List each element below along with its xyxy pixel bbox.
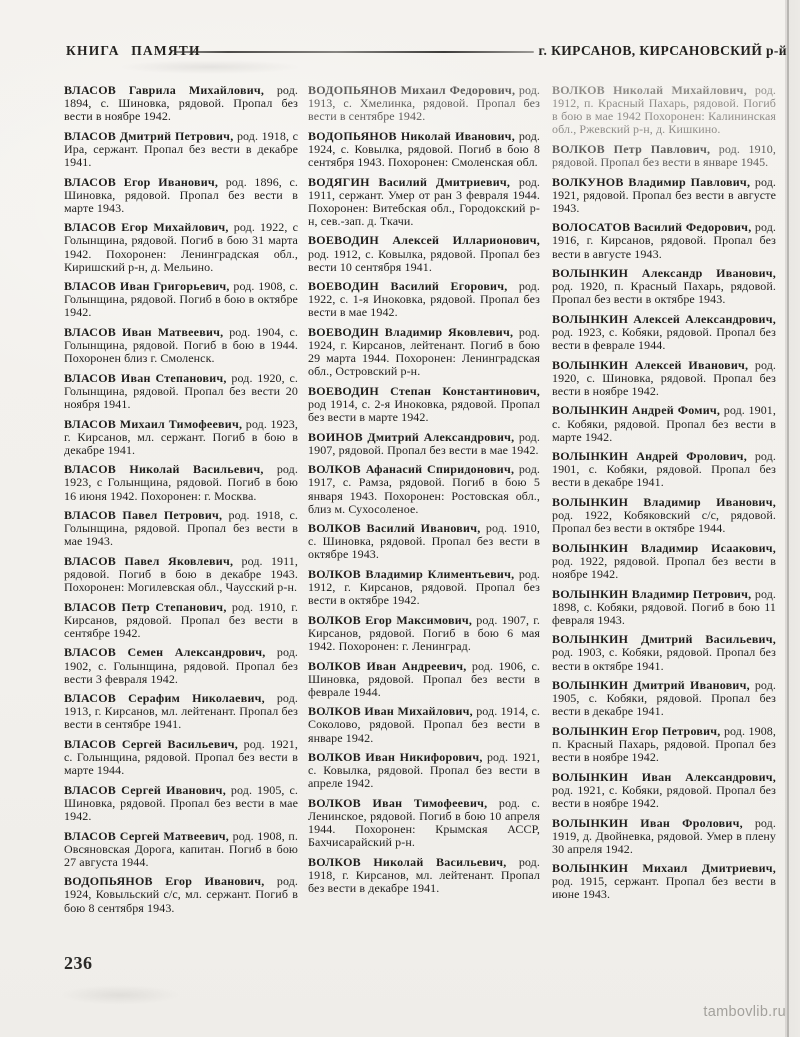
memorial-entry: ВОЛЫНКИН Александр Иванович, род. 1920, … [552, 267, 776, 306]
entry-person-name: ВОЕВОДИН Василий Егорович, [308, 279, 507, 293]
entry-person-name: ВОЛКОВ Иван Тимофеевич, [308, 796, 487, 810]
entry-person-name: ВЛАСОВ Сергей Матвеевич, [64, 829, 229, 843]
entry-person-name: ВЛАСОВ Петр Степанович, [64, 600, 227, 614]
memorial-entry: ВЛАСОВ Петр Степанович, род. 1910, г. Ки… [64, 601, 298, 640]
memorial-entry: ВЛАСОВ Павел Петрович, род. 1918, с. Гол… [64, 509, 298, 548]
memorial-entry: ВОЛКОВ Петр Павлович, род. 1910, рядовой… [552, 143, 776, 169]
memorial-entry: ВЛАСОВ Гаврила Михайлович, род. 1894, с.… [64, 84, 298, 123]
scan-smudge [60, 985, 180, 1005]
entry-person-name: ВОЛКОВ Иван Никифорович, [308, 750, 483, 764]
entry-person-name: ВОИНОВ Дмитрий Александрович, [308, 430, 514, 444]
memorial-entry: ВОДЯГИН Василий Дмитриевич, род. 1911, с… [308, 176, 540, 228]
entry-person-name: ВЛАСОВ Гаврила Михайлович, [64, 83, 264, 97]
entry-person-name: ВОЛЫНКИН Дмитрий Васильевич, [552, 632, 776, 646]
memorial-entry: ВОЛКОВ Егор Максимович, род. 1907, г. Ки… [308, 614, 540, 653]
entries-column-2: ВОДОПЬЯНОВ Михаил Федорович, род. 1913, … [308, 84, 540, 902]
entry-person-name: ВОДОПЬЯНОВ Николай Иванович, [308, 129, 515, 143]
memorial-entry: ВЛАСОВ Дмитрий Петрович, род. 1918, с Ир… [64, 130, 298, 169]
entry-person-name: ВОЛЫНКИН Алексей Александрович, [552, 312, 776, 326]
memorial-entry: ВОЛЫНКИН Алексей Иванович, род. 1920, с.… [552, 359, 776, 398]
entry-person-name: ВОЛЫНКИН Алексей Иванович, [552, 358, 748, 372]
entry-details: род. 1903, с. Кобяки, рядовой. Пропал бе… [552, 645, 776, 672]
memorial-entry: ВОЛКОВ Иван Никифорович, род. 1921, с. К… [308, 751, 540, 790]
scanned-page: КНИГА ПАМЯТИ г. КИРСАНОВ, КИРСАНОВСКИЙ р… [0, 0, 800, 1037]
entry-person-name: ВОЕВОДИН Степан Константинович, [308, 384, 540, 398]
library-watermark: tambovlib.ru [703, 1004, 786, 1020]
entry-person-name: ВОЛКОВ Николай Васильевич, [308, 855, 507, 869]
entry-person-name: ВОЛЫНКИН Михаил Дмитриевич, [552, 861, 776, 875]
entry-person-name: ВОЛКОВ Афанасий Спиридонович, [308, 462, 514, 476]
entry-details: род. 1921, с. Кобяки, рядовой. Пропал бе… [552, 783, 776, 810]
memorial-entry: ВОЛЫНКИН Иван Фролович, род. 1919, д. Дв… [552, 817, 776, 856]
entry-person-name: ВОЕВОДИН Владимир Яковлевич, [308, 325, 513, 339]
district-header: г. КИРСАНОВ, КИРСАНОВСКИЙ р-й [539, 43, 787, 59]
memorial-entry: ВОЛКОВ Иван Тимофеевич, род. с. Ленинско… [308, 797, 540, 849]
entry-person-name: ВЛАСОВ Павел Яковлевич, [64, 554, 233, 568]
memorial-entry: ВОЛЫНКИН Алексей Александрович, род. 192… [552, 313, 776, 352]
memorial-entry: ВОЛЫНКИН Владимир Петрович, род. 1898, с… [552, 588, 776, 627]
memorial-entry: ВОЛЫНКИН Иван Александрович, род. 1921, … [552, 771, 776, 810]
memorial-entry: ВОЛКОВ Николай Михайлович, род. 1912, п.… [552, 84, 776, 136]
entry-person-name: ВОЕВОДИН Алексей Илларионович, [308, 233, 540, 247]
entry-person-name: ВОЛКОВ Василий Иванович, [308, 521, 480, 535]
memorial-entry: ВОЛКУНОВ Владимир Павлович, род. 1921, р… [552, 176, 776, 215]
memorial-entry: ВЛАСОВ Иван Матвеевич, род. 1904, с. Гол… [64, 326, 298, 365]
entry-person-name: ВОЛКОВ Иван Андреевич, [308, 659, 466, 673]
memorial-entry: ВЛАСОВ Сергей Иванович, род. 1905, с. Ши… [64, 784, 298, 823]
entry-details: род. 1922, рядовой. Пропал без вести в н… [552, 554, 776, 581]
entry-person-name: ВЛАСОВ Иван Матвеевич, [64, 325, 223, 339]
entry-person-name: ВОЛЫНКИН Егор Петрович, [552, 724, 721, 738]
entry-person-name: ВЛАСОВ Иван Григорьевич, [64, 279, 230, 293]
memorial-entry: ВОДОПЬЯНОВ Николай Иванович, род. 1924, … [308, 130, 540, 169]
memorial-entry: ВЛАСОВ Михаил Тимофеевич, род. 1923, г. … [64, 418, 298, 457]
entry-person-name: ВЛАСОВ Сергей Васильевич, [64, 737, 238, 751]
memorial-entry: ВЛАСОВ Николай Васильевич, род. 1923, с … [64, 463, 298, 502]
memorial-entry: ВОЛЫНКИН Владимир Иванович, род. 1922, К… [552, 496, 776, 535]
memorial-entry: ВОЛКОВ Владимир Климентьевич, род. 1912,… [308, 568, 540, 607]
entry-person-name: ВЛАСОВ Егор Михайлович, [64, 220, 229, 234]
memorial-entry: ВОЛЫНКИН Владимир Исаакович, род. 1922, … [552, 542, 776, 581]
entry-person-name: ВЛАСОВ Сергей Иванович, [64, 783, 226, 797]
entry-details: род. 1923, с. Кобяки, рядовой. Пропал бе… [552, 325, 776, 352]
memorial-entry: ВОЛЫНКИН Андрей Фомич, род. 1901, с. Коб… [552, 404, 776, 443]
memorial-entry: ВОЛЫНКИН Андрей Фролович, род. 1901, с. … [552, 450, 776, 489]
memorial-entry: ВОЛЫНКИН Дмитрий Иванович, род. 1905, с.… [552, 679, 776, 718]
memorial-entry: ВЛАСОВ Серафим Николаевич, род. 1913, г.… [64, 692, 298, 731]
entry-person-name: ВЛАСОВ Павел Петрович, [64, 508, 222, 522]
entry-person-name: ВЛАСОВ Иван Степанович, [64, 371, 227, 385]
memorial-entry: ВОЛКОВ Иван Андреевич, род. 1906, с. Шин… [308, 660, 540, 699]
entry-person-name: ВОЛЫНКИН Александр Иванович, [552, 266, 776, 280]
entry-person-name: ВОЛЫНКИН Андрей Фролович, [552, 449, 747, 463]
entry-person-name: ВОЛКОВ Петр Павлович, [552, 142, 710, 156]
entry-person-name: ВОЛЫНКИН Владимир Исаакович, [552, 541, 776, 555]
entry-person-name: ВОЛКОВ Иван Михайлович, [308, 704, 473, 718]
memorial-entry: ВОЛКОВ Иван Михайлович, род. 1914, с. Со… [308, 705, 540, 744]
memorial-entry: ВЛАСОВ Сергей Васильевич, род. 1921, с. … [64, 738, 298, 777]
memorial-entry: ВЛАСОВ Егор Иванович, род. 1896, с. Шино… [64, 176, 298, 215]
entry-person-name: ВОЛЫНКИН Иван Александрович, [552, 770, 776, 784]
memorial-entry: ВЛАСОВ Семен Александрович, род. 1902, с… [64, 646, 298, 685]
entry-person-name: ВЛАСОВ Серафим Николаевич, [64, 691, 265, 705]
memorial-entry: ВОЛЫНКИН Егор Петрович, род. 1908, п. Кр… [552, 725, 776, 764]
entry-person-name: ВОЛЫНКИН Иван Фролович, [552, 816, 743, 830]
memorial-entry: ВОЕВОДИН Василий Егорович, род. 1922, с.… [308, 280, 540, 319]
entry-person-name: ВОЛКОВ Егор Максимович, [308, 613, 472, 627]
page-number: 236 [64, 953, 93, 974]
entry-person-name: ВОЛКОВ Николай Михайлович, [552, 83, 747, 97]
entry-person-name: ВЛАСОВ Егор Иванович, [64, 175, 218, 189]
memorial-entry: ВОЛЫНКИН Михаил Дмитриевич, род. 1915, с… [552, 862, 776, 901]
entry-person-name: ВЛАСОВ Михаил Тимофеевич, [64, 417, 242, 431]
memorial-entry: ВОЛКОВ Афанасий Спиридонович, род. 1917,… [308, 463, 540, 515]
memorial-entry: ВЛАСОВ Павел Яковлевич, род. 1911, рядов… [64, 555, 298, 594]
entry-person-name: ВОЛЫНКИН Андрей Фомич, [552, 403, 720, 417]
memorial-entry: ВЛАСОВ Сергей Матвеевич, род. 1908, п. О… [64, 830, 298, 869]
memorial-entry: ВОЕВОДИН Степан Константинович, род 1914… [308, 385, 540, 424]
page-edge-shadow [787, 0, 800, 1037]
entry-details: род 1914, с. 2-я Иноковка, рядовой. Проп… [308, 397, 540, 424]
memorial-entry: ВОДОПЬЯНОВ Егор Иванович, род. 1924, Ков… [64, 875, 298, 914]
entry-details: род. 1920, п. Красный Пахарь, рядовой. П… [552, 279, 776, 306]
entries-column-1: ВЛАСОВ Гаврила Михайлович, род. 1894, с.… [64, 84, 298, 921]
memorial-entry: ВОЕВОДИН Алексей Илларионович, род. 1912… [308, 234, 540, 273]
entry-person-name: ВОДОПЬЯНОВ Егор Иванович, [64, 874, 264, 888]
entry-person-name: ВОЛОСАТОВ Василий Федорович, [552, 220, 751, 234]
header-rule [174, 51, 534, 53]
scan-smudge [120, 60, 300, 74]
entry-details: род. 1912, с. Ковылка, рядовой. Пропал б… [308, 247, 540, 274]
entry-person-name: ВОДОПЬЯНОВ Михаил Федорович, [308, 83, 515, 97]
entry-person-name: ВОЛЫНКИН Владимир Петрович, [552, 587, 751, 601]
entry-person-name: ВЛАСОВ Дмитрий Петрович, [64, 129, 233, 143]
memorial-entry: ВЛАСОВ Иван Григорьевич, род. 1908, с. Г… [64, 280, 298, 319]
entry-details: род. 1915, сержант. Пропал без вести в и… [552, 874, 776, 901]
memorial-entry: ВОЛЫНКИН Дмитрий Васильевич, род. 1903, … [552, 633, 776, 672]
memorial-entry: ВЛАСОВ Иван Степанович, род. 1920, с. Го… [64, 372, 298, 411]
memorial-entry: ВОДОПЬЯНОВ Михаил Федорович, род. 1913, … [308, 84, 540, 123]
entry-details: род. 1922, Кобяковский с/с, рядовой. Про… [552, 508, 776, 535]
entry-person-name: ВЛАСОВ Николай Васильевич, [64, 462, 264, 476]
memorial-entry: ВОЛОСАТОВ Василий Федорович, род. 1916, … [552, 221, 776, 260]
memorial-entry: ВЛАСОВ Егор Михайлович, род. 1922, с Гол… [64, 221, 298, 273]
entry-person-name: ВОЛКОВ Владимир Климентьевич, [308, 567, 514, 581]
memorial-entry: ВОЛКОВ Василий Иванович, род. 1910, с. Ш… [308, 522, 540, 561]
entry-person-name: ВЛАСОВ Семен Александрович, [64, 645, 266, 659]
memorial-entry: ВОЕВОДИН Владимир Яковлевич, род. 1924, … [308, 326, 540, 378]
entry-person-name: ВОЛЫНКИН Владимир Иванович, [552, 495, 776, 509]
entries-column-3: ВОЛКОВ Николай Михайлович, род. 1912, п.… [552, 84, 776, 908]
entry-person-name: ВОДЯГИН Василий Дмитриевич, [308, 175, 510, 189]
memorial-entry: ВОЛКОВ Николай Васильевич, род. 1918, г.… [308, 856, 540, 895]
entry-person-name: ВОЛЫНКИН Дмитрий Иванович, [552, 678, 750, 692]
entry-person-name: ВОЛКУНОВ Владимир Павлович, [552, 175, 750, 189]
memorial-entry: ВОИНОВ Дмитрий Александрович, род. 1907,… [308, 431, 540, 457]
